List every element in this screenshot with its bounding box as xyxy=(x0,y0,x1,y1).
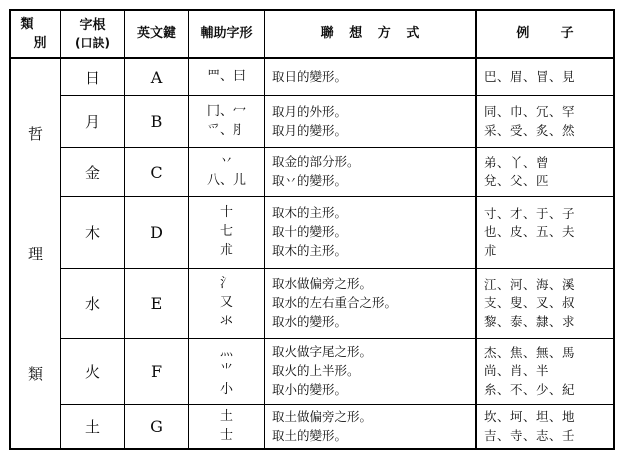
key-letter: C xyxy=(125,148,189,196)
method-text: 取火做字尾之形。 取火的上半形。 取小的變形。 xyxy=(265,339,477,404)
root-char: 火 xyxy=(61,339,125,404)
root-char: 金 xyxy=(61,148,125,196)
table-row: 月 B 冂、冖 爫、⺼ 取月的外形。 取月的變形。 同、巾、冗、罕 采、受、炙、… xyxy=(61,96,613,148)
key-letter: F xyxy=(125,339,189,404)
key-letter: B xyxy=(125,96,189,147)
table-header-row: 類 別 字根 (口訣) 英文鍵 輔助字形 聯想方式 例子 xyxy=(11,11,613,59)
aux-forms: 氵 又 氺 xyxy=(189,269,265,338)
method-text: 取水做偏旁之形。 取水的左右重合之形。 取水的變形。 xyxy=(265,269,477,338)
examples-text: 寸、才、于、子 也、皮、五、夫 朮 xyxy=(477,197,613,268)
category-cell: 哲 理 類 xyxy=(11,59,61,448)
key-letter: A xyxy=(125,59,189,95)
header-aux: 輔助字形 xyxy=(189,11,265,57)
cangjie-root-table: 類 別 字根 (口訣) 英文鍵 輔助字形 聯想方式 例子 哲 理 類 xyxy=(9,9,615,450)
table-row: 水 E 氵 又 氺 取水做偏旁之形。 取水的左右重合之形。 取水的變形。 江、河… xyxy=(61,269,613,339)
key-letter: G xyxy=(125,405,189,448)
examples-text: 弟、丫、曾 兌、父、匹 xyxy=(477,148,613,196)
header-method: 聯想方式 xyxy=(265,11,477,57)
table-row: 木 D 十 七 朮 取木的主形。 取十的變形。 取木的主形。 寸、才、于、子 也… xyxy=(61,197,613,269)
table-row: 土 G 土 士 取土做偏旁之形。 取土的變形。 坎、坷、坦、地 吉、寺、志、壬 xyxy=(61,405,613,448)
root-char: 月 xyxy=(61,96,125,147)
table-row: 金 C 丷 八、儿 取金的部分形。 取丷的變形。 弟、丫、曾 兌、父、匹 xyxy=(61,148,613,197)
root-char: 水 xyxy=(61,269,125,338)
key-letter: E xyxy=(125,269,189,338)
examples-text: 江、河、海、溪 支、叟、叉、叔 黎、泰、隸、求 xyxy=(477,269,613,338)
header-key: 英文鍵 xyxy=(125,11,189,57)
header-root: 字根 (口訣) xyxy=(61,11,125,57)
examples-text: 杰、焦、無、馬 尚、肖、半 糸、不、少、紀 xyxy=(477,339,613,404)
aux-forms: 灬 ⺌ 小 xyxy=(189,339,265,404)
root-char: 木 xyxy=(61,197,125,268)
table-body: 哲 理 類 日 A 罒、曰 取日的變形。 巴、眉、冒、見 月 xyxy=(11,59,613,448)
aux-forms: 土 士 xyxy=(189,405,265,448)
aux-forms: 十 七 朮 xyxy=(189,197,265,268)
examples-text: 同、巾、冗、罕 采、受、炙、然 xyxy=(477,96,613,147)
examples-text: 坎、坷、坦、地 吉、寺、志、壬 xyxy=(477,405,613,448)
root-char: 土 xyxy=(61,405,125,448)
category-char: 理 xyxy=(28,243,43,264)
table-row: 日 A 罒、曰 取日的變形。 巴、眉、冒、見 xyxy=(61,59,613,96)
method-text: 取月的外形。 取月的變形。 xyxy=(265,96,477,147)
root-char: 日 xyxy=(61,59,125,95)
aux-forms: 丷 八、儿 xyxy=(189,148,265,196)
header-category: 類 別 xyxy=(11,11,61,57)
header-root-sub: (口訣) xyxy=(75,35,110,51)
method-text: 取日的變形。 xyxy=(265,59,477,95)
header-category-top: 類 xyxy=(21,17,34,32)
method-text: 取金的部分形。 取丷的變形。 xyxy=(265,148,477,196)
header-category-bottom: 別 xyxy=(34,34,51,54)
method-text: 取土做偏旁之形。 取土的變形。 xyxy=(265,405,477,448)
key-letter: D xyxy=(125,197,189,268)
aux-forms: 罒、曰 xyxy=(189,59,265,95)
table-rows: 日 A 罒、曰 取日的變形。 巴、眉、冒、見 月 B 冂、冖 爫、⺼ xyxy=(61,59,613,448)
header-examples: 例子 xyxy=(477,11,613,57)
category-char: 哲 xyxy=(28,123,43,144)
method-text: 取木的主形。 取十的變形。 取木的主形。 xyxy=(265,197,477,268)
category-char: 類 xyxy=(28,363,43,384)
examples-text: 巴、眉、冒、見 xyxy=(477,59,613,95)
aux-forms: 冂、冖 爫、⺼ xyxy=(189,96,265,147)
table-row: 火 F 灬 ⺌ 小 取火做字尾之形。 取火的上半形。 取小的變形。 杰、焦、無、… xyxy=(61,339,613,405)
